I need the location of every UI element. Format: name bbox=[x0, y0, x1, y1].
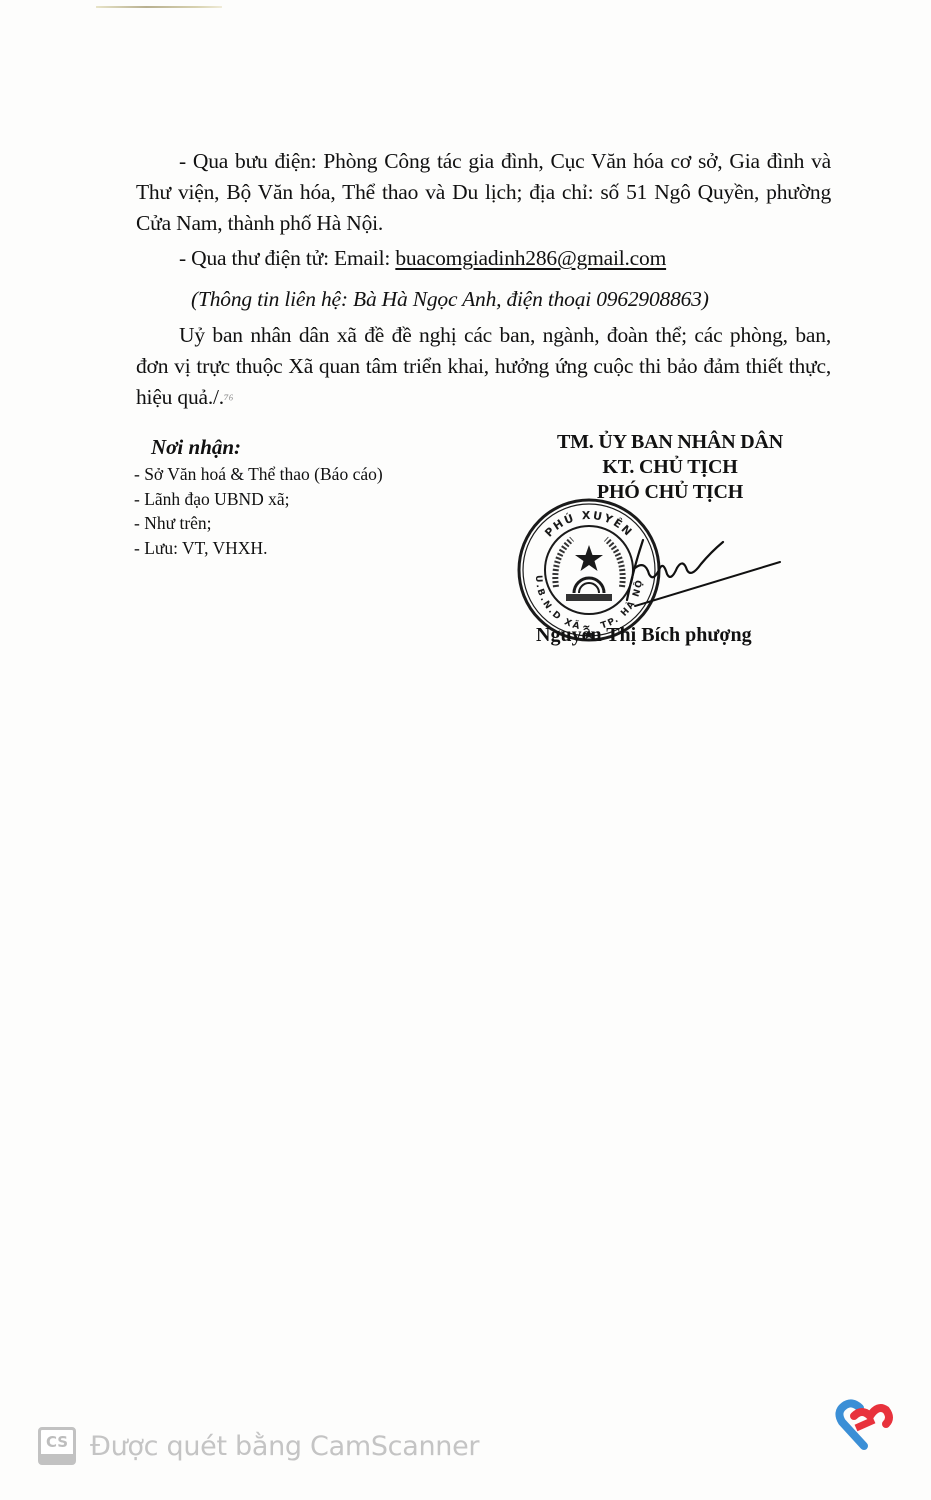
signer-name: Nguyễn Thị Bích phượng bbox=[536, 624, 752, 647]
recipient-item: - Lưu: VT, VHXH. bbox=[134, 536, 383, 561]
email-link[interactable]: buacomgiadinh286@gmail.com bbox=[395, 246, 666, 270]
camscanner-logo-icon: CS bbox=[38, 1427, 76, 1465]
contact-info: (Thông tin liên hệ: Bà Hà Ngọc Anh, điện… bbox=[191, 284, 886, 315]
signature-org: TM. ỦY BAN NHÂN DÂN bbox=[520, 430, 820, 455]
signature-block: TM. ỦY BAN NHÂN DÂN KT. CHỦ TỊCH PHÓ CHỦ… bbox=[520, 430, 820, 505]
recipient-item: - Sở Văn hoá & Thể thao (Báo cáo) bbox=[134, 462, 383, 487]
email-paragraph: - Qua thư điện tử: Email: buacomgiadinh2… bbox=[136, 243, 831, 274]
recipients-block: Nơi nhận: - Sở Văn hoá & Thể thao (Báo c… bbox=[134, 432, 383, 560]
heart-logo-icon bbox=[834, 1398, 894, 1450]
closing-paragraph: Uỷ ban nhân dân xã đề đề nghị các ban, n… bbox=[136, 320, 831, 416]
recipient-item: - Lãnh đạo UBND xã; bbox=[134, 487, 383, 512]
recipients-title: Nơi nhận: bbox=[151, 432, 383, 462]
recipient-item: - Như trên; bbox=[134, 511, 383, 536]
email-label: - Qua thư điện tử: Email: bbox=[179, 246, 395, 270]
camscanner-text: Được quét bằng CamScanner bbox=[90, 1431, 479, 1462]
handwritten-signature-icon bbox=[615, 530, 790, 610]
postal-paragraph: - Qua bưu điện: Phòng Công tác gia đình,… bbox=[136, 146, 831, 239]
camscanner-watermark: CS Được quét bằng CamScanner bbox=[38, 1427, 479, 1465]
signature-role-1: KT. CHỦ TỊCH bbox=[520, 455, 820, 480]
top-rule bbox=[96, 6, 222, 8]
closing-text: Uỷ ban nhân dân xã đề đề nghị các ban, n… bbox=[136, 323, 831, 409]
initial-mark: ⁷⁶ bbox=[224, 393, 233, 408]
